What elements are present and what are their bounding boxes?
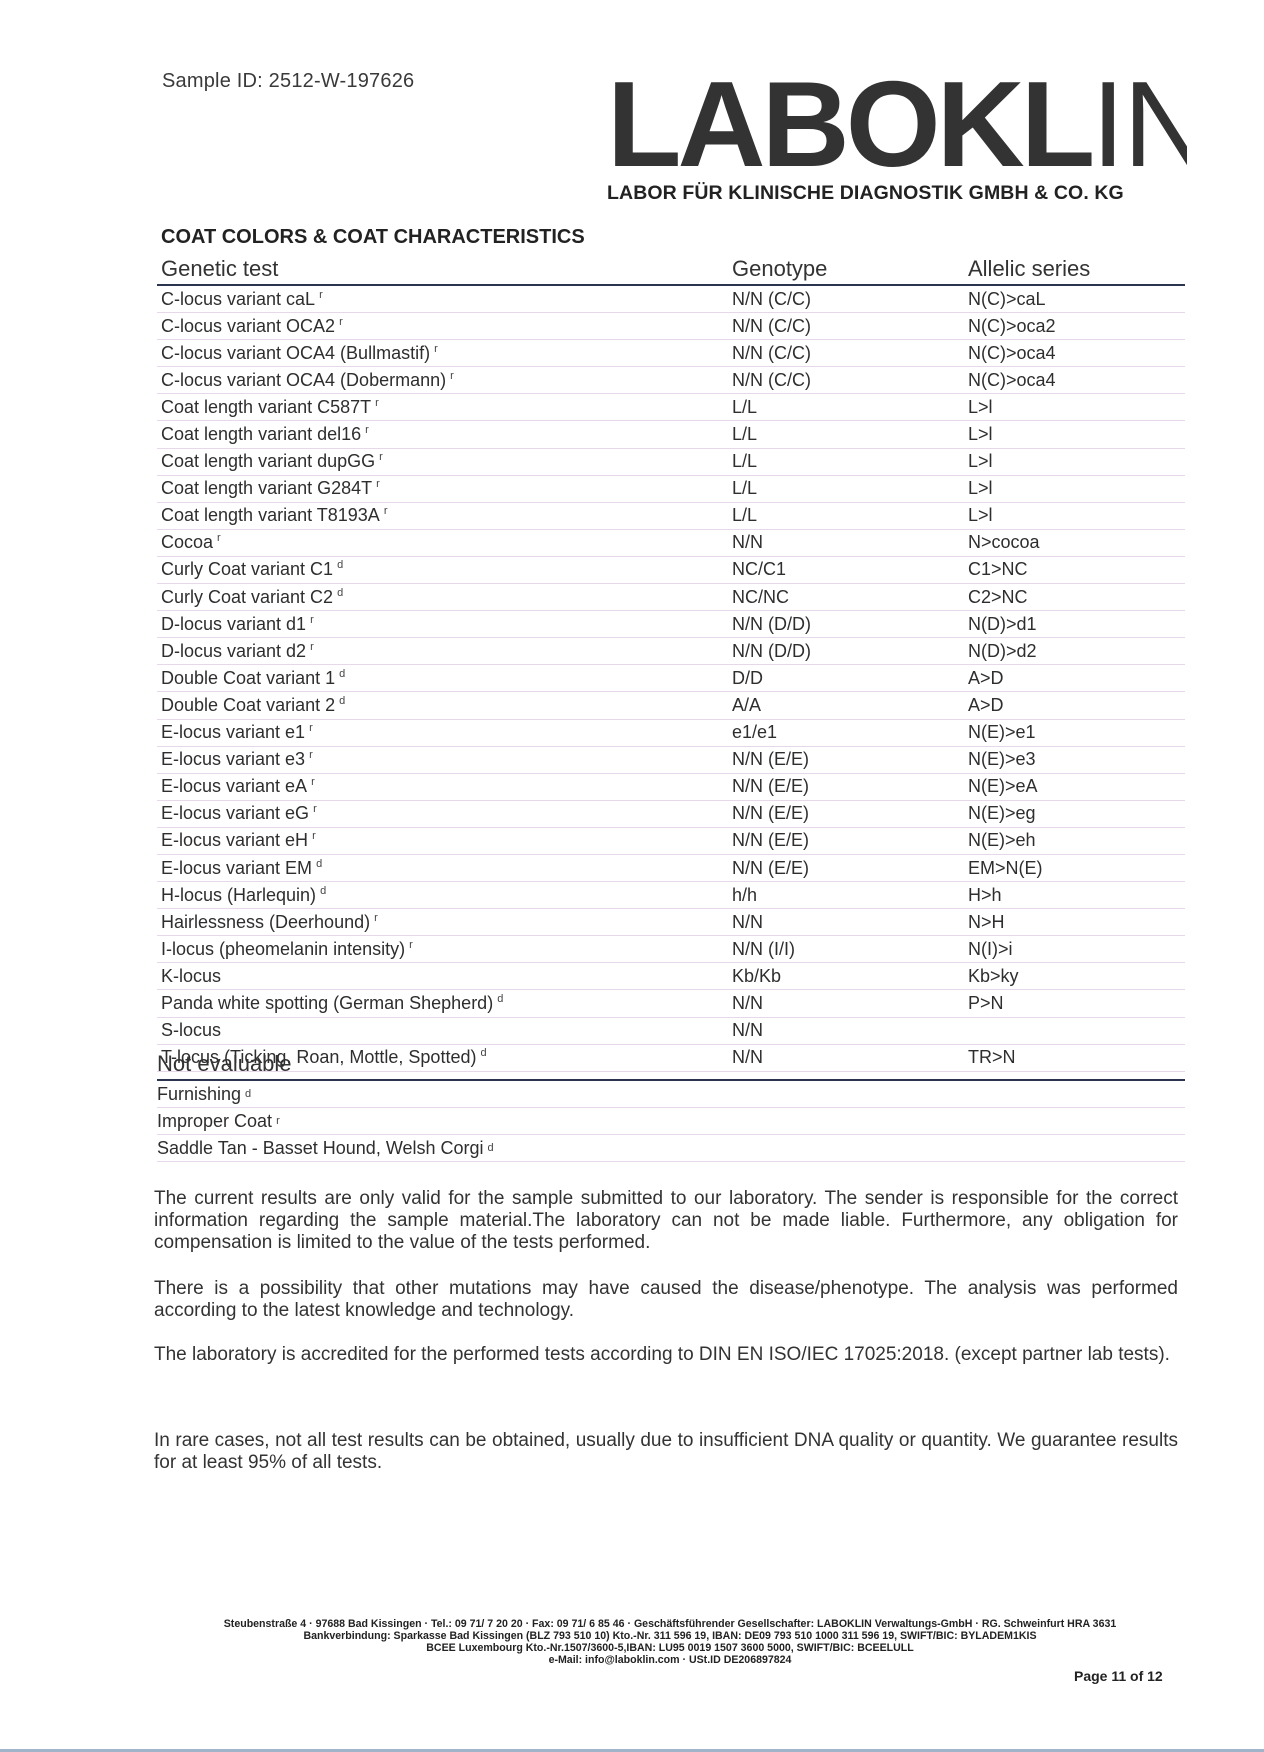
- table-row: C-locus variant OCA2rN/N (C/C)N(C)>oca2: [157, 313, 1185, 340]
- genotype-value: D/D: [732, 668, 968, 689]
- genetic-test-name: E-locus variant e3r: [157, 749, 732, 770]
- table-row: Curly Coat variant C2dNC/NCC2>NC: [157, 584, 1185, 611]
- table-row: H-locus (Harlequin)dh/hH>h: [157, 882, 1185, 909]
- genetic-test-name: Curly Coat variant C2d: [157, 587, 732, 608]
- not-evaluable-item: Furnishingd: [157, 1081, 1185, 1108]
- genotype-value: N/N: [732, 1020, 968, 1041]
- genetic-test-name: E-locus variant EMd: [157, 858, 732, 879]
- not-evaluable-list: FurnishingdImproper CoatrSaddle Tan - Ba…: [157, 1081, 1185, 1162]
- genotype-value: N/N (I/I): [732, 939, 968, 960]
- allelic-series-value: N(C)>oca2: [968, 316, 1185, 337]
- table-row: D-locus variant d1rN/N (D/D)N(D)>d1: [157, 611, 1185, 638]
- genotype-value: N/N (D/D): [732, 614, 968, 635]
- genetic-test-name: Coat length variant G284Tr: [157, 478, 732, 499]
- allelic-series-value: L>l: [968, 451, 1185, 472]
- allelic-series-value: Kb>ky: [968, 966, 1185, 987]
- allelic-series-value: N>H: [968, 912, 1185, 933]
- table-row: C-locus variant OCA4 (Bullmastif)rN/N (C…: [157, 340, 1185, 367]
- lab-footnote-mark: r: [374, 912, 378, 924]
- genetic-test-name: Coat length variant T8193Ar: [157, 505, 732, 526]
- table-row: Coat length variant del16rL/LL>l: [157, 421, 1185, 448]
- allelic-series-value: C1>NC: [968, 559, 1185, 580]
- lab-footnote-mark: r: [276, 1115, 280, 1127]
- table-row: S-locusN/N: [157, 1018, 1185, 1045]
- footer-address-block: Steubenstraße 4 · 97688 Bad Kissingen · …: [150, 1618, 1190, 1666]
- lab-footnote-mark: d: [320, 885, 326, 897]
- genetic-test-name: Curly Coat variant C1d: [157, 559, 732, 580]
- genotype-value: L/L: [732, 505, 968, 526]
- allelic-series-value: N(E)>eh: [968, 830, 1185, 851]
- genetic-test-name: S-locus: [157, 1020, 732, 1041]
- genotype-value: N/N: [732, 912, 968, 933]
- table-row: E-locus variant eHrN/N (E/E)N(E)>eh: [157, 828, 1185, 855]
- genotype-value: Kb/Kb: [732, 966, 968, 987]
- disclaimer-results-guarantee: In rare cases, not all test results can …: [154, 1430, 1178, 1474]
- genotype-value: N/N (D/D): [732, 641, 968, 662]
- genotype-value: N/N (C/C): [732, 370, 968, 391]
- allelic-series-value: N(C)>oca4: [968, 370, 1185, 391]
- table-row: Double Coat variant 1dD/DA>D: [157, 665, 1185, 692]
- lab-footnote-mark: r: [379, 451, 383, 463]
- lab-footnote-mark: r: [375, 397, 379, 409]
- genotype-value: N/N (E/E): [732, 776, 968, 797]
- genotype-value: N/N: [732, 993, 968, 1014]
- footer-line-bcee: BCEE Luxembourg Kto.-Nr.1507/3600-5,IBAN…: [150, 1642, 1190, 1654]
- genotype-value: A/A: [732, 695, 968, 716]
- genetic-test-name: C-locus variant OCA4 (Dobermann)r: [157, 370, 732, 391]
- lab-footnote-mark: r: [311, 776, 315, 788]
- logo-wordmark: LABOKLIN: [607, 74, 1187, 174]
- lab-footnote-mark: r: [409, 939, 413, 951]
- genotype-value: N/N: [732, 532, 968, 553]
- genetic-test-name: H-locus (Harlequin)d: [157, 885, 732, 906]
- table-row: Coat length variant C587TrL/LL>l: [157, 394, 1185, 421]
- genetic-test-name: C-locus variant OCA4 (Bullmastif)r: [157, 343, 732, 364]
- allelic-series-value: N(C)>oca4: [968, 343, 1185, 364]
- laboklin-logo: LABOKLIN LABOR FÜR KLINISCHE DIAGNOSTIK …: [607, 74, 1187, 205]
- disclaimer-accreditation: The laboratory is accredited for the per…: [154, 1344, 1178, 1366]
- allelic-series-value: N(E)>e1: [968, 722, 1185, 743]
- table-row: I-locus (pheomelanin intensity)rN/N (I/I…: [157, 936, 1185, 963]
- genetic-test-name: I-locus (pheomelanin intensity)r: [157, 939, 732, 960]
- table-row: Double Coat variant 2dA/AA>D: [157, 692, 1185, 719]
- lab-footnote-mark: d: [488, 1142, 494, 1154]
- table-row: Hairlessness (Deerhound)rN/NN>H: [157, 909, 1185, 936]
- allelic-series-value: N(C)>caL: [968, 289, 1185, 310]
- section-title: COAT COLORS & COAT CHARACTERISTICS: [161, 226, 585, 249]
- table-row: K-locusKb/KbKb>ky: [157, 963, 1185, 990]
- allelic-series-value: N>cocoa: [968, 532, 1185, 553]
- allelic-series-value: N(E)>eA: [968, 776, 1185, 797]
- genetic-test-name: E-locus variant eAr: [157, 776, 732, 797]
- genetic-test-name: E-locus variant e1r: [157, 722, 732, 743]
- allelic-series-value: L>l: [968, 424, 1185, 445]
- table-row: Curly Coat variant C1dNC/C1C1>NC: [157, 557, 1185, 584]
- lab-footnote-mark: r: [365, 424, 369, 436]
- genotype-value: NC/C1: [732, 559, 968, 580]
- lab-footnote-mark: r: [376, 478, 380, 490]
- lab-footnote-mark: r: [319, 289, 323, 301]
- lab-footnote-mark: d: [339, 668, 345, 680]
- genetic-test-name: Coat length variant C587Tr: [157, 397, 732, 418]
- allelic-series-value: H>h: [968, 885, 1185, 906]
- lab-footnote-mark: d: [337, 559, 343, 571]
- page-number: Page 11 of 12: [1074, 1668, 1163, 1684]
- disclaimer-validity: The current results are only valid for t…: [154, 1188, 1178, 1254]
- genotype-value: N/N (E/E): [732, 803, 968, 824]
- table-row: Coat length variant G284TrL/LL>l: [157, 476, 1185, 503]
- disclaimer-mutations: There is a possibility that other mutati…: [154, 1278, 1178, 1322]
- not-evaluable-item: Saddle Tan - Basset Hound, Welsh Corgid: [157, 1135, 1185, 1162]
- allelic-series-value: L>l: [968, 505, 1185, 526]
- genetic-test-name: E-locus variant eHr: [157, 830, 732, 851]
- table-row: CocoarN/NN>cocoa: [157, 530, 1185, 557]
- genotype-value: e1/e1: [732, 722, 968, 743]
- genotype-value: NC/NC: [732, 587, 968, 608]
- lab-footnote-mark: r: [310, 641, 314, 653]
- genotype-value: N/N (C/C): [732, 289, 968, 310]
- allelic-series-value: L>l: [968, 478, 1185, 499]
- lab-footnote-mark: d: [497, 993, 503, 1005]
- column-header-genetic-test: Genetic test: [157, 256, 732, 284]
- table-row: C-locus variant OCA4 (Dobermann)rN/N (C/…: [157, 367, 1185, 394]
- results-table: Genetic test Genotype Allelic series C-l…: [157, 250, 1185, 1072]
- lab-footnote-mark: d: [337, 587, 343, 599]
- allelic-series-value: A>D: [968, 695, 1185, 716]
- genetic-test-name: Double Coat variant 1d: [157, 668, 732, 689]
- not-evaluable-item: Improper Coatr: [157, 1108, 1185, 1135]
- allelic-series-value: N(D)>d2: [968, 641, 1185, 662]
- genetic-test-name: C-locus variant OCA2r: [157, 316, 732, 337]
- table-row: E-locus variant e3rN/N (E/E)N(E)>e3: [157, 747, 1185, 774]
- table-row: C-locus variant caLrN/N (C/C)N(C)>caL: [157, 286, 1185, 313]
- footer-line-email: e-Mail: info@laboklin.com · USt.ID DE206…: [150, 1654, 1190, 1666]
- genetic-test-name: E-locus variant eGr: [157, 803, 732, 824]
- table-row: E-locus variant eGrN/N (E/E)N(E)>eg: [157, 801, 1185, 828]
- lab-footnote-mark: r: [310, 614, 314, 626]
- genotype-value: L/L: [732, 478, 968, 499]
- allelic-series-value: P>N: [968, 993, 1185, 1014]
- allelic-series-value: N(D)>d1: [968, 614, 1185, 635]
- lab-footnote-mark: r: [384, 505, 388, 517]
- genetic-test-name: Hairlessness (Deerhound)r: [157, 912, 732, 933]
- genetic-test-name: K-locus: [157, 966, 732, 987]
- genetic-test-name: Panda white spotting (German Shepherd)d: [157, 993, 732, 1014]
- lab-footnote-mark: r: [450, 370, 454, 382]
- sample-id: Sample ID: 2512-W-197626: [162, 70, 414, 93]
- table-header: Genetic test Genotype Allelic series: [157, 250, 1185, 286]
- table-row: E-locus variant e1re1/e1N(E)>e1: [157, 720, 1185, 747]
- lab-footnote-mark: r: [217, 532, 221, 544]
- table-row: D-locus variant d2rN/N (D/D)N(D)>d2: [157, 638, 1185, 665]
- lab-footnote-mark: r: [313, 803, 317, 815]
- genetic-test-name: D-locus variant d2r: [157, 641, 732, 662]
- genotype-value: L/L: [732, 424, 968, 445]
- company-name: LABOR FÜR KLINISCHE DIAGNOSTIK GMBH & CO…: [607, 182, 1187, 205]
- table-row: Panda white spotting (German Shepherd)dN…: [157, 990, 1185, 1017]
- genotype-value: L/L: [732, 451, 968, 472]
- table-row: E-locus variant eArN/N (E/E)N(E)>eA: [157, 774, 1185, 801]
- lab-footnote-mark: r: [309, 722, 313, 734]
- allelic-series-value: N(E)>e3: [968, 749, 1185, 770]
- allelic-series-value: EM>N(E): [968, 858, 1185, 879]
- genetic-test-name: C-locus variant caLr: [157, 289, 732, 310]
- allelic-series-value: C2>NC: [968, 587, 1185, 608]
- genetic-test-name: Coat length variant dupGGr: [157, 451, 732, 472]
- genetic-test-name: Double Coat variant 2d: [157, 695, 732, 716]
- table-row: Coat length variant T8193ArL/LL>l: [157, 503, 1185, 530]
- table-row: E-locus variant EMdN/N (E/E)EM>N(E): [157, 855, 1185, 882]
- genotype-value: N/N (E/E): [732, 749, 968, 770]
- column-header-allelic-series: Allelic series: [968, 256, 1185, 284]
- genotype-value: h/h: [732, 885, 968, 906]
- lab-footnote-mark: r: [312, 830, 316, 842]
- table-body: C-locus variant caLrN/N (C/C)N(C)>caLC-l…: [157, 286, 1185, 1072]
- genetic-test-name: Cocoar: [157, 532, 732, 553]
- lab-footnote-mark: d: [339, 695, 345, 707]
- not-evaluable-title: Not evaluable: [157, 1043, 1185, 1081]
- allelic-series-value: N(I)>i: [968, 939, 1185, 960]
- lab-footnote-mark: r: [309, 749, 313, 761]
- genotype-value: N/N (C/C): [732, 316, 968, 337]
- genetic-test-name: Coat length variant del16r: [157, 424, 732, 445]
- genotype-value: N/N (C/C): [732, 343, 968, 364]
- lab-footnote-mark: d: [316, 858, 322, 870]
- allelic-series-value: N(E)>eg: [968, 803, 1185, 824]
- genotype-value: L/L: [732, 397, 968, 418]
- allelic-series-value: L>l: [968, 397, 1185, 418]
- lab-footnote-mark: r: [434, 343, 438, 355]
- genotype-value: N/N (E/E): [732, 858, 968, 879]
- footer-line-address: Steubenstraße 4 · 97688 Bad Kissingen · …: [150, 1618, 1190, 1630]
- footer-line-bank: Bankverbindung: Sparkasse Bad Kissingen …: [150, 1630, 1190, 1642]
- lab-footnote-mark: d: [245, 1088, 251, 1100]
- column-header-genotype: Genotype: [732, 256, 968, 284]
- report-page: Sample ID: 2512-W-197626 LABOKLIN LABOR …: [0, 0, 1264, 1752]
- genotype-value: N/N (E/E): [732, 830, 968, 851]
- allelic-series-value: A>D: [968, 668, 1185, 689]
- table-row: Coat length variant dupGGrL/LL>l: [157, 449, 1185, 476]
- lab-footnote-mark: r: [339, 316, 343, 328]
- genetic-test-name: D-locus variant d1r: [157, 614, 732, 635]
